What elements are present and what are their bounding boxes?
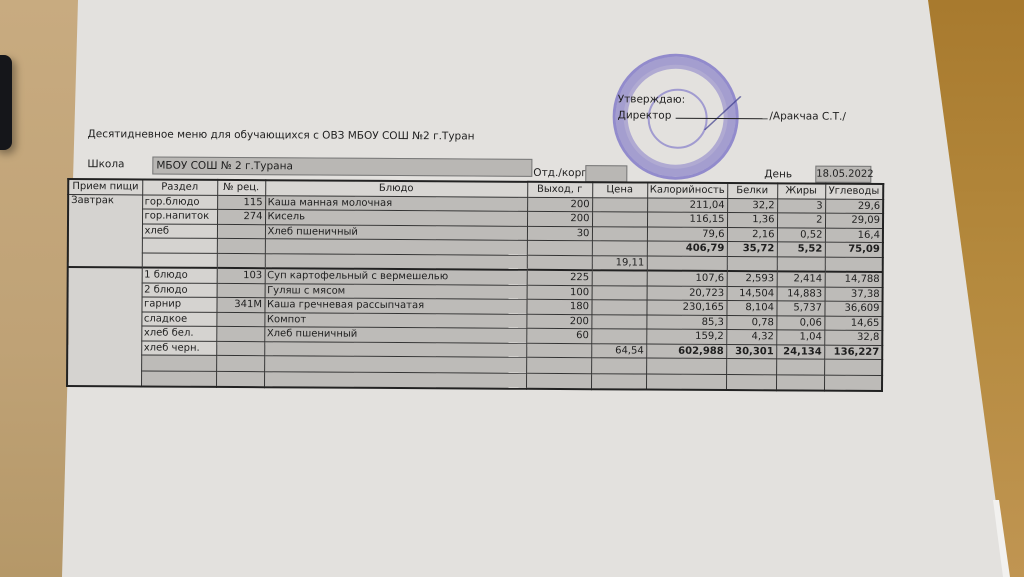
breakfast-group: Завтракгор.блюдо115Каша манная молочная2… xyxy=(68,194,883,272)
section-cell: 2 блюдо xyxy=(142,282,217,297)
recipe-cell xyxy=(217,253,265,268)
recipe-cell xyxy=(216,371,264,387)
yield-cell: 225 xyxy=(527,270,592,285)
section-cell: хлеб xyxy=(142,223,217,238)
fat-cell xyxy=(777,256,825,271)
day-field: 18.05.2022 xyxy=(815,166,871,183)
kcal-cell xyxy=(646,374,726,390)
menu-document: Утверждаю: Директор/Аракчаа С.Т./ Десяти… xyxy=(66,60,928,465)
col-meal: Прием пищи xyxy=(68,179,142,194)
price-cell xyxy=(591,358,646,374)
section-cell: сладкое xyxy=(141,311,216,326)
recipe-cell xyxy=(217,238,265,253)
yield-cell: 30 xyxy=(527,226,592,241)
recipe-cell xyxy=(216,312,264,327)
protein-cell: 8,104 xyxy=(726,301,776,316)
dish-cell xyxy=(264,371,526,389)
fat-cell xyxy=(776,359,824,375)
school-field: МБОУ СОШ № 2 г.Турана xyxy=(152,157,532,177)
recipe-cell: 274 xyxy=(217,209,265,224)
fat-total: 5,52 xyxy=(777,242,825,257)
recipe-cell xyxy=(216,326,264,341)
signature-line xyxy=(675,118,767,120)
yield-cell: 100 xyxy=(527,285,592,300)
col-recipe: № рец. xyxy=(217,180,265,195)
carbs-cell: 16,4 xyxy=(825,228,883,243)
carbs-cell xyxy=(824,359,882,375)
recipe-cell: 103 xyxy=(217,268,265,283)
section-cell: 1 блюдо xyxy=(142,267,217,282)
dept-label: Отд./корп xyxy=(533,167,588,179)
kcal-total: 406,79 xyxy=(647,241,727,256)
yield-cell: 200 xyxy=(526,314,591,329)
recipe-cell xyxy=(217,283,265,298)
yield-cell xyxy=(526,373,591,389)
carbs-cell: 14,65 xyxy=(824,316,882,331)
carbs-total: 75,09 xyxy=(825,242,883,257)
dish-cell: Каша гречневая рассыпчатая xyxy=(264,298,526,314)
yield-cell: 60 xyxy=(526,328,591,343)
fat-cell xyxy=(776,374,824,390)
dept-field xyxy=(585,165,627,182)
col-dish: Блюдо xyxy=(265,180,527,197)
menu-table: Прием пищи Раздел № рец. Блюдо Выход, г … xyxy=(66,178,884,392)
protein-cell: 32,2 xyxy=(727,198,777,213)
carbs-cell: 32,8 xyxy=(824,330,882,345)
kcal-cell: 211,04 xyxy=(647,198,727,213)
fat-cell: 5,737 xyxy=(776,301,824,316)
kcal-cell: 20,723 xyxy=(647,286,727,301)
price-cell xyxy=(592,212,647,227)
fat-cell: 0,06 xyxy=(776,315,824,330)
recipe-cell: 115 xyxy=(217,195,265,210)
kcal-cell: 85,3 xyxy=(646,315,726,330)
price-cell xyxy=(592,226,647,241)
dish-cell xyxy=(264,356,526,373)
protein-total: 30,301 xyxy=(726,344,776,359)
col-price: Цена xyxy=(592,182,647,197)
price-cell xyxy=(592,285,647,300)
fat-cell: 1,04 xyxy=(776,330,824,345)
recipe-cell xyxy=(217,224,265,239)
dish-cell: Хлеб пшеничный xyxy=(265,224,527,240)
carbs-cell: 29,6 xyxy=(825,199,883,214)
price-cell xyxy=(592,241,647,256)
yield-cell: 200 xyxy=(527,211,592,226)
price-cell xyxy=(591,300,646,315)
protein-cell: 2,593 xyxy=(727,271,777,286)
col-fat: Жиры xyxy=(777,183,825,198)
carbs-cell: 29,09 xyxy=(825,213,883,228)
kcal-cell: 79,6 xyxy=(647,227,727,242)
lunch-group: 1 блюдо103Суп картофельный с вермешелью2… xyxy=(67,267,883,391)
yield-cell xyxy=(526,357,591,373)
protein-cell: 2,16 xyxy=(727,227,777,242)
yield-cell: 200 xyxy=(527,197,592,212)
dish-cell: Хлеб пшеничный xyxy=(264,327,526,343)
dish-cell xyxy=(265,253,527,270)
col-carbs: Углеводы xyxy=(825,184,883,199)
col-protein: Белки xyxy=(727,183,777,198)
fat-cell: 2 xyxy=(777,213,825,228)
price-total: 19,11 xyxy=(592,255,647,270)
protein-cell: 4,32 xyxy=(726,330,776,345)
carbs-cell: 14,788 xyxy=(825,272,883,287)
dish-cell: Компот xyxy=(264,312,526,328)
section-cell xyxy=(142,252,217,267)
protein-cell xyxy=(726,374,776,390)
dish-cell: Кисель xyxy=(265,210,527,226)
dish-cell xyxy=(264,341,526,357)
price-total: 64,54 xyxy=(591,343,646,358)
director-name: /Аракчаа С.Т./ xyxy=(769,110,846,122)
dish-cell xyxy=(265,239,527,255)
fat-cell: 14,883 xyxy=(777,286,825,301)
col-kcal: Калорийность xyxy=(647,183,727,198)
price-cell xyxy=(591,314,646,329)
carbs-cell xyxy=(825,257,883,272)
col-section: Раздел xyxy=(142,179,217,194)
kcal-cell: 107,6 xyxy=(647,271,727,286)
carbs-cell xyxy=(824,375,882,391)
section-cell: хлеб черн. xyxy=(141,340,216,355)
protein-cell: 0,78 xyxy=(726,315,776,330)
dish-cell: Суп картофельный с вермешелью xyxy=(265,268,527,285)
pen-object xyxy=(0,55,12,150)
fat-cell: 3 xyxy=(777,198,825,213)
school-label: Школа xyxy=(87,158,124,170)
meal-cell: Завтрак xyxy=(68,194,142,267)
price-cell xyxy=(592,197,647,212)
dish-cell: Каша манная молочная xyxy=(265,195,527,211)
section-cell: гарнир xyxy=(141,297,216,312)
price-cell xyxy=(591,373,646,389)
price-cell xyxy=(591,329,646,344)
protein-cell: 14,504 xyxy=(727,286,777,301)
kcal-cell: 116,15 xyxy=(647,212,727,227)
yield-cell xyxy=(527,240,592,255)
document-title: Десятидневное меню для обучающихся с ОВЗ… xyxy=(88,128,475,142)
recipe-cell xyxy=(216,341,264,356)
approve-label: Утверждаю: xyxy=(618,91,846,108)
fat-cell: 2,414 xyxy=(777,271,825,286)
section-cell xyxy=(141,370,216,386)
col-yield: Выход, г xyxy=(527,182,592,197)
recipe-cell: 341М xyxy=(216,297,264,312)
kcal-total: 602,988 xyxy=(646,344,726,359)
protein-cell xyxy=(727,256,777,271)
section-cell: гор.блюдо xyxy=(142,194,217,209)
section-cell xyxy=(141,355,216,371)
fat-cell: 0,52 xyxy=(777,227,825,242)
recipe-cell xyxy=(216,355,264,371)
carbs-cell: 36,609 xyxy=(824,301,882,316)
section-cell: гор.напиток xyxy=(142,209,217,224)
yield-cell xyxy=(527,255,592,270)
carbs-cell: 37,38 xyxy=(825,287,883,302)
day-label: День xyxy=(764,168,792,180)
kcal-cell: 230,165 xyxy=(646,300,726,315)
yield-cell: 180 xyxy=(526,299,591,314)
protein-cell: 1,36 xyxy=(727,213,777,228)
price-cell xyxy=(592,270,647,285)
fat-total: 24,134 xyxy=(776,344,824,359)
dish-cell: Гуляш с мясом xyxy=(265,283,527,299)
protein-total: 35,72 xyxy=(727,242,777,257)
kcal-cell xyxy=(646,358,726,374)
carbs-total: 136,227 xyxy=(824,345,882,360)
kcal-cell xyxy=(647,256,727,271)
director-label: Директор xyxy=(618,109,672,121)
section-cell xyxy=(142,238,217,253)
approval-block: Утверждаю: Директор/Аракчаа С.Т./ xyxy=(618,91,846,124)
protein-cell xyxy=(726,359,776,375)
yield-cell xyxy=(526,343,591,358)
section-cell: хлеб бел. xyxy=(141,326,216,341)
meal-cell xyxy=(67,267,142,386)
kcal-cell: 159,2 xyxy=(646,329,726,344)
